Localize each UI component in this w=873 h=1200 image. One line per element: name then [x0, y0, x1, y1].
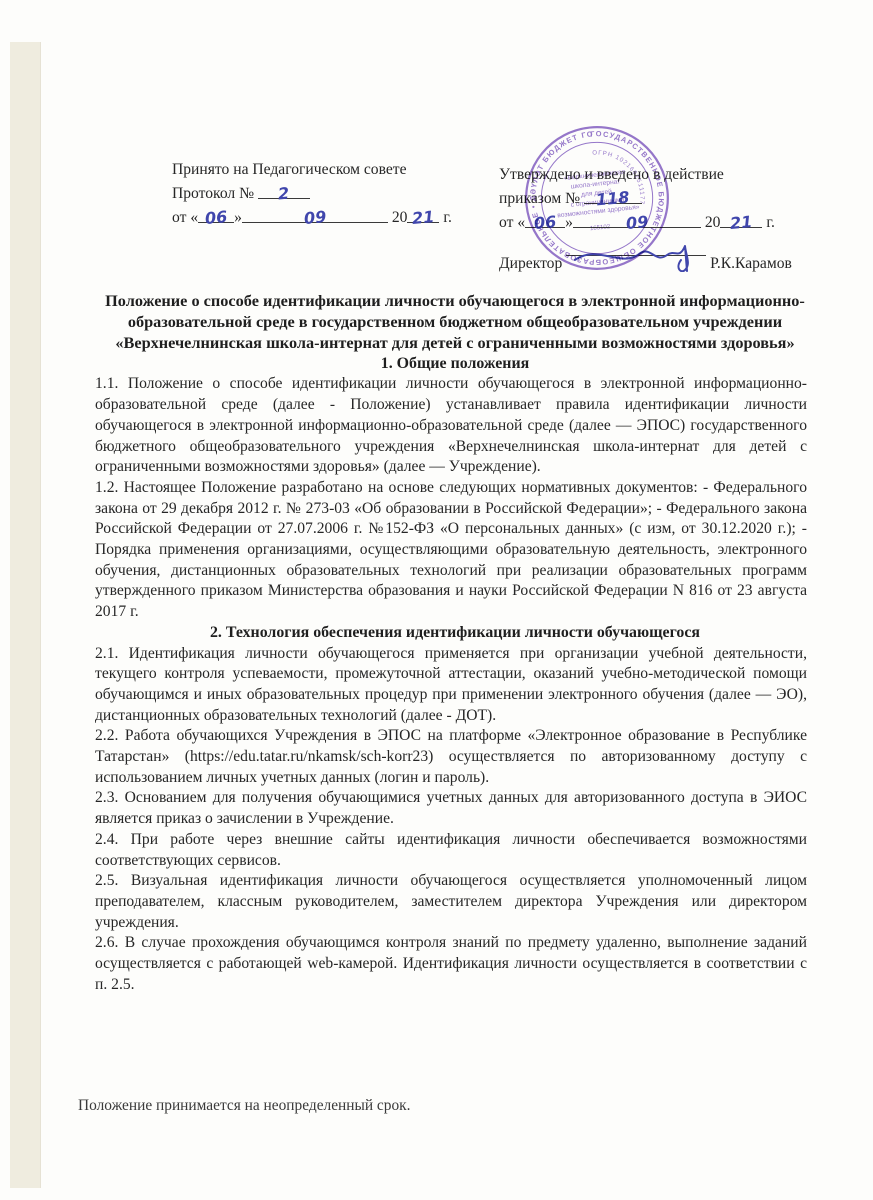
paragraph-1-1: 1.1. Положение о способе идентификации л… [95, 374, 807, 478]
paragraph-2-1: 2.1. Идентификация личности обучающегося… [95, 644, 807, 727]
protocol-number-handwritten: 2 [277, 182, 290, 206]
approved-line: Утверждено и введено в действие [499, 163, 792, 186]
protocol-number-field: 2 [258, 181, 310, 199]
paragraph-2-3: 2.3. Основанием для получения обучающими… [95, 788, 807, 829]
paragraph-2-6: 2.6. В случае прохождения обучающимся ко… [95, 933, 807, 995]
protocol-line: Протокол № 2 [172, 181, 452, 205]
year-printed: 20 [392, 209, 408, 226]
quote-close: » [234, 209, 242, 226]
day-field: 06 [198, 205, 234, 223]
month-field: 09 [242, 205, 388, 223]
accepted-line: Принято на Педагогическом совете [172, 158, 452, 181]
year-suffix: г. [766, 214, 775, 231]
director-name: Р.К.Карамов [710, 255, 792, 272]
date-word: от [172, 209, 186, 226]
year-printed: 20 [705, 214, 721, 231]
month-field: 09 [573, 210, 701, 228]
year-field: 21 [407, 205, 439, 223]
section1-heading: 1. Общие положения [59, 354, 851, 375]
director-signature-icon [571, 238, 701, 272]
day-handwritten: 06 [204, 205, 228, 230]
director-label: Директор [499, 255, 562, 272]
day-field: 06 [525, 210, 565, 228]
paragraph-1-2: 1.2. Настоящее Положение разработано на … [95, 478, 807, 623]
scan-edge-shadow [10, 42, 41, 1188]
order-number-handwritten: 118 [595, 186, 630, 212]
approval-left-block: Принято на Педагогическом совете Протоко… [172, 158, 452, 229]
quote-open: « [190, 209, 198, 226]
protocol-label: Протокол № [172, 185, 254, 202]
approval-right-block: Утверждено и введено в действие приказом… [499, 163, 792, 275]
day-handwritten: 06 [533, 210, 557, 235]
quote-close: » [565, 214, 573, 231]
month-handwritten: 09 [625, 210, 649, 235]
document-body: Положение о способе идентификации личнос… [59, 291, 851, 996]
order-label: приказом № [499, 190, 580, 207]
section1-text: 1.1. Положение о способе идентификации л… [59, 374, 851, 622]
order-line: приказом № 118 [499, 186, 792, 210]
paragraph-2-5: 2.5. Визуальная идентификация личности о… [95, 871, 807, 933]
section2-heading: 2. Технология обеспечения идентификации … [59, 623, 851, 644]
director-line: Директор Р.К.Карамов [499, 234, 792, 275]
order-number-field: 118 [584, 186, 642, 204]
year-field: 21 [720, 210, 762, 228]
year-handwritten: 21 [411, 205, 435, 230]
date-line: от «06»09 2021 г. [499, 210, 792, 234]
year-suffix: г. [443, 209, 452, 226]
month-handwritten: 09 [303, 205, 327, 230]
document-title: Положение о способе идентификации личнос… [59, 291, 851, 354]
date-line: от «06»09 2021 г. [172, 205, 452, 229]
section2-text: 2.1. Идентификация личности обучающегося… [59, 644, 851, 996]
quote-open: « [517, 214, 525, 231]
date-word: от [499, 214, 513, 231]
year-handwritten: 21 [729, 210, 753, 235]
signature-field [566, 238, 706, 256]
paragraph-2-4: 2.4. При работе через внешние сайты иден… [95, 830, 807, 871]
scanned-page: Принято на Педагогическом совете Протоко… [0, 0, 873, 1200]
paragraph-2-2: 2.2. Работа обучающихся Учреждения в ЭПО… [95, 726, 807, 788]
validity-footer: Положение принимается на неопределенный … [78, 1097, 410, 1115]
